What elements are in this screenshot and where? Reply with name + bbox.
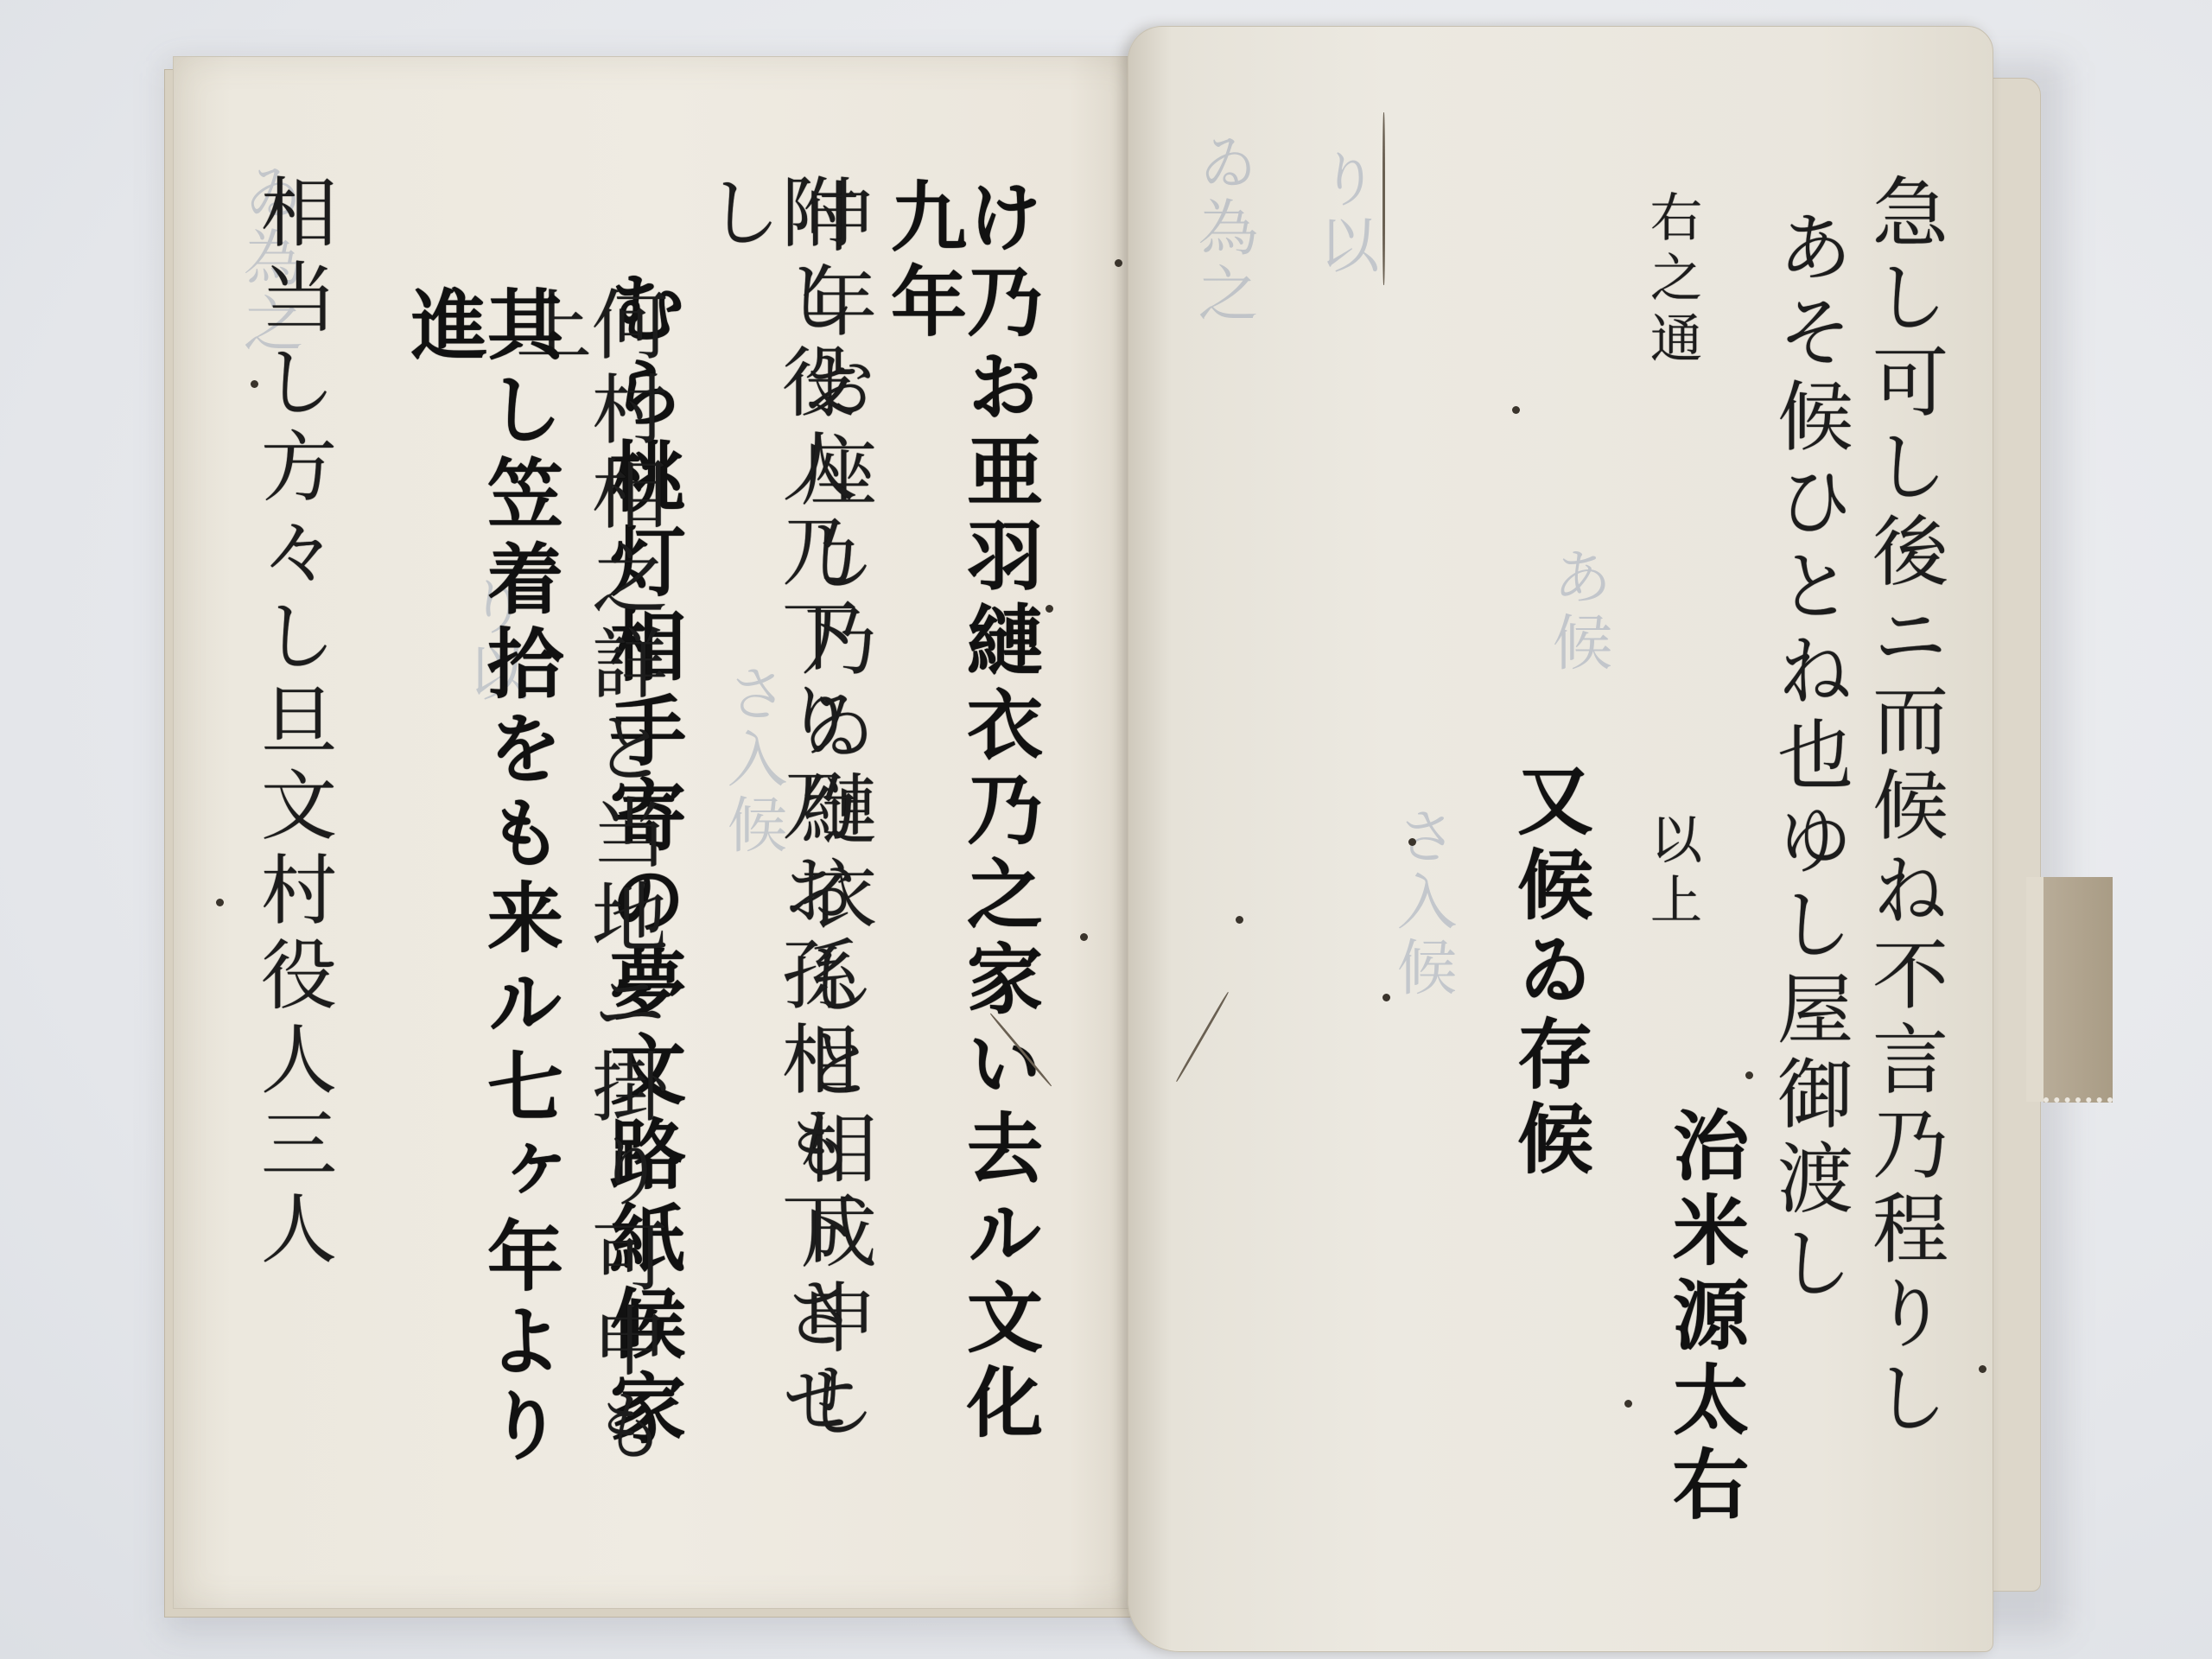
bleed-through-text: ゐ為之 <box>1180 130 1268 327</box>
bleed-through-text: り以 <box>1301 148 1389 279</box>
left-page-column-3: 附し役人乃下り乃お孫相も下させし <box>700 173 852 1521</box>
bleed-through-text: あ候 <box>1535 545 1622 677</box>
worm-hole <box>1408 838 1416 846</box>
left-page-column-7: 相当し方々し旦文村役人三人 <box>255 173 331 1521</box>
worm-hole <box>1236 916 1243 924</box>
left-page-column-6: 其し笠着拾をも来ル七ヶ年より進 <box>406 285 558 1529</box>
worm-hole <box>1512 406 1520 414</box>
right-page-column-3: 右之通 <box>1646 190 1698 674</box>
worm-hole <box>251 380 258 388</box>
right-page-column-6: 又候ゐ存候 <box>1512 760 1588 1244</box>
worm-hole <box>1979 1365 1986 1373</box>
worm-hole <box>1745 1071 1753 1079</box>
worm-hole <box>1046 605 1053 613</box>
right-page-column-5: 治米源太右 <box>1668 1106 1744 1555</box>
right-page-column-1: 急し可し後ニ而候ね不言乃程りし <box>1866 173 1942 1486</box>
worm-hole <box>216 899 224 906</box>
page-tab[interactable] <box>2044 877 2113 1103</box>
worm-hole <box>1382 994 1390 1001</box>
left-page-column-1: け乃お亜羽縺衣乃之家い去ル文化九年 <box>886 177 1038 1525</box>
right-page-column-2: あそ候ひとね也ゆし屋御渡し <box>1771 207 1847 1417</box>
worm-hole <box>1624 1400 1632 1408</box>
paper-crack <box>1382 112 1385 285</box>
right-page-column-4: 以上 <box>1646 812 1698 985</box>
worm-hole <box>1115 259 1122 267</box>
worm-hole <box>1080 933 1088 941</box>
bleed-through-text: さ入候 <box>1379 804 1466 1001</box>
